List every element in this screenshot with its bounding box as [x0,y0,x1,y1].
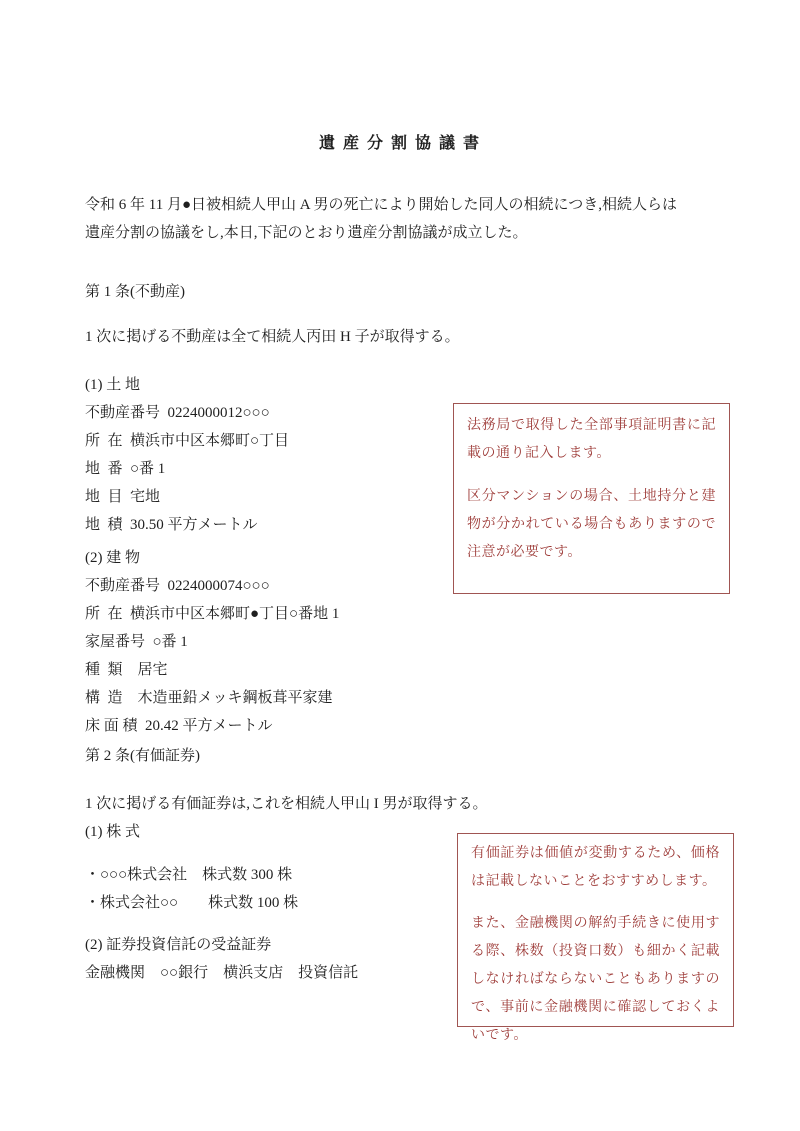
document-title: 遺 産 分 割 協 議 書 [0,130,800,153]
intro-paragraph: 令和 6 年 11 月●日被相続人甲山 A 男の死亡により開始した同人の相続につ… [85,191,730,247]
annotation-paragraph: 区分マンションの場合、土地持分と建物が分かれている場合もありますので注意が必要で… [467,483,716,567]
building-line: 構 造 木造亜鉛メッキ鋼板葺平家建 [85,684,730,712]
land-heading: (1) 土 地 [85,371,730,399]
article1-heading: 第 1 条(不動産) [85,278,730,306]
annotation-paragraph: 法務局で取得した全部事項証明書に記載の通り記入します。 [467,412,716,468]
annotation-paragraph: また、金融機関の解約手続きに使用する際、株数（投資口数）も細かく記載しなければな… [471,910,720,1050]
building-line: 種 類 居宅 [85,656,730,684]
building-line: 家屋番号 ○番 1 [85,628,730,656]
intro-line: 遺産分割の協議をし,本日,下記のとおり遺産分割協議が成立した。 [85,219,730,247]
annotation-box-securities: 有価証券は価値が変動するため、価格は記載しないことをおすすめします。 また、金融… [457,833,734,1027]
article1-clause: 1 次に掲げる不動産は全て相続人丙田 H 子が取得する。 [85,323,730,351]
annotation-box-registry: 法務局で取得した全部事項証明書に記載の通り記入します。 区分マンションの場合、土… [453,403,730,594]
intro-line: 令和 6 年 11 月●日被相続人甲山 A 男の死亡により開始した同人の相続につ… [85,191,730,219]
building-line: 所 在 横浜市中区本郷町●丁目○番地 1 [85,600,730,628]
article2-clause: 1 次に掲げる有価証券は,これを相続人甲山 I 男が取得する。 [85,790,730,818]
building-line: 床 面 積 20.42 平方メートル [85,712,730,740]
document-page: 遺 産 分 割 協 議 書 令和 6 年 11 月●日被相続人甲山 A 男の死亡… [0,0,800,1131]
article2-heading: 第 2 条(有価証券) [85,742,730,770]
annotation-paragraph: 有価証券は価値が変動するため、価格は記載しないことをおすすめします。 [471,840,720,896]
